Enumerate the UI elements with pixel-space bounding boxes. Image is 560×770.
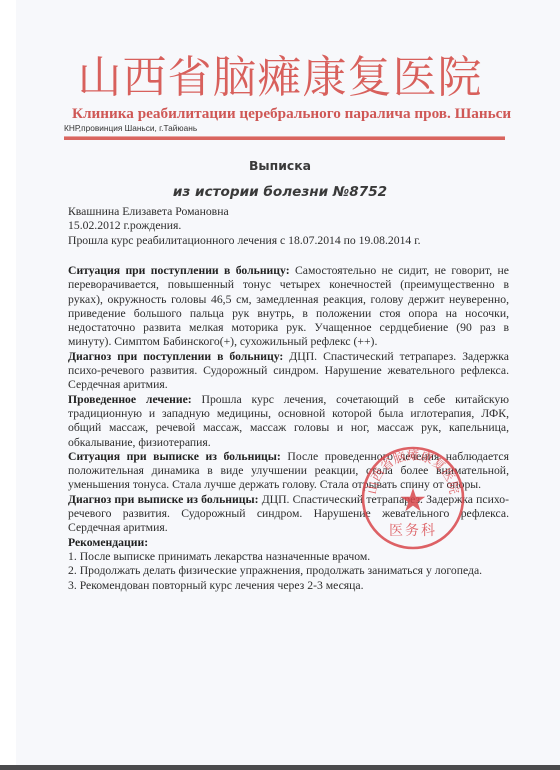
letterhead-divider [64,136,505,140]
section-treatment: Проведенное лечение: Прошла курс лечения… [68,393,509,450]
section-heading: Ситуация при выписке из больницы: [68,450,281,463]
recommendation-item: 1. После выписке принимать лекарства наз… [68,550,509,564]
section-discharge-status: Ситуация при выписке из больницы: После … [68,450,509,493]
hospital-address: КНР,провинция Шаньси, г.Тайюань [64,123,197,133]
section-admission-status: Ситуация при поступлении в больницу: Сам… [68,264,509,350]
recommendation-item: 2. Продолжать делать физические упражнен… [68,564,509,578]
scan-margin-strip [0,0,16,765]
hospital-name-russian: Клиника реабилитации церебрального парал… [72,105,512,123]
recommendations-heading: Рекомендации: [68,536,509,550]
document-subtitle: из истории болезни №8752 [0,183,560,201]
section-heading: Диагноз при поступлении в больницу: [68,350,283,363]
patient-birth-date: 15.02.2012 г.рождения. [68,219,509,233]
patient-name: Квашнина Елизавета Романовна [68,205,509,219]
section-discharge-diagnosis: Диагноз при выписке из больницы: ДЦП. Сп… [68,493,509,536]
hospital-name-chinese: 山西省脑瘫康复医院 [0,52,560,104]
section-heading: Диагноз при выписке из больницы: [68,493,258,506]
document-title: Выписка [0,158,560,174]
section-heading: Ситуация при поступлении в больницу: [68,264,290,277]
section-heading: Проведенное лечение: [68,393,192,406]
section-admission-diagnosis: Диагноз при поступлении в больницу: ДЦП.… [68,350,509,393]
patient-info: Квашнина Елизавета Романовна 15.02.2012 … [68,205,509,248]
scan-bottom-edge [0,765,560,770]
treatment-period: Прошла курс реабилитационного лечения с … [68,234,509,248]
recommendation-item: 3. Рекомендован повторный курс лечения ч… [68,579,509,593]
report-sections: Ситуация при поступлении в больницу: Сам… [68,264,509,593]
